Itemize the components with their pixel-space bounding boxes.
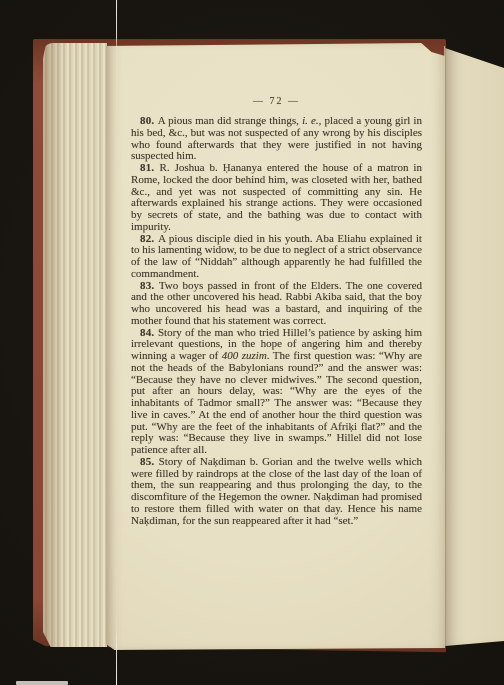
paragraph-number: 83. (140, 280, 159, 292)
paragraph-number: 82. (140, 233, 158, 245)
fore-edge-page-stack (43, 43, 107, 647)
paragraph-83: 83. Two boys passed in front of the Elde… (131, 281, 422, 328)
page-text-block: — 72 — 80. A pious man did strange thing… (131, 96, 422, 527)
bottom-edge-sliver (16, 681, 68, 685)
book-cradle-string (116, 0, 117, 685)
paragraph-number: 84. (140, 327, 158, 339)
gutter-leaf (445, 46, 504, 647)
paragraph-text: . The first question was: “Why are not t… (131, 350, 422, 456)
paragraph-81: 81. R. Joshua b. Ḥananya entered the hou… (131, 163, 422, 234)
paragraph-number: 80. (140, 115, 158, 127)
paragraph-text: Two boys passed in front of the Elders. … (131, 280, 422, 327)
paragraph-text: A pious disciple died in his youth. Aba … (131, 233, 422, 280)
paragraph-85: 85. Story of Naḳdiman b. Gorian and the … (131, 457, 422, 528)
paragraph-82: 82. A pious disciple died in his youth. … (131, 234, 422, 281)
paragraph-number: 81. (140, 162, 160, 174)
paragraph-text-italic: i. e., (302, 115, 321, 127)
book-page: — 72 — 80. A pious man did strange thing… (106, 43, 445, 650)
paragraph-84: 84. Story of the man who tried Hillel’s … (131, 328, 422, 457)
paragraph-text: A pious man did strange things, (158, 115, 302, 127)
paragraph-text-italic: 400 zuzim (222, 350, 267, 362)
page-number: — 72 — (131, 96, 422, 107)
paragraph-text: R. Joshua b. Ḥananya entered the house o… (131, 162, 422, 233)
paragraph-text: Story of Naḳdiman b. Gorian and the twel… (131, 456, 422, 527)
paragraph-80: 80. A pious man did strange things, i. e… (131, 116, 422, 163)
book-photograph: — 72 — 80. A pious man did strange thing… (0, 0, 504, 685)
paragraph-number: 85. (140, 456, 159, 468)
paragraph-list: 80. A pious man did strange things, i. e… (131, 116, 422, 527)
